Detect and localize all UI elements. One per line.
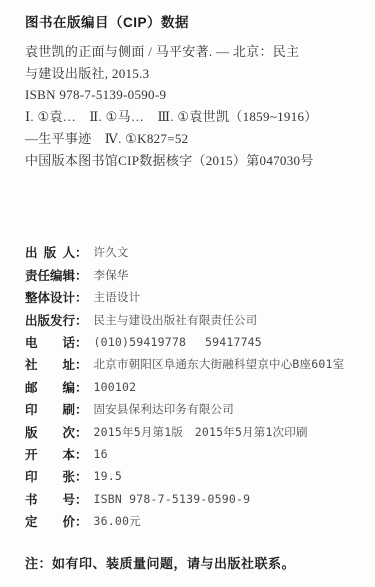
row-label: 社址 — [25, 355, 75, 373]
row-value: 北京市朝阳区阜通东大街融科望京中心B座601室 — [94, 356, 345, 372]
colophon-block: 出版人：许久文 责任编辑：李保华 整体设计：主语设计 出版发行：民主与建设出版社… — [25, 241, 359, 532]
row-label: 定价 — [25, 512, 75, 530]
colophon-row-isbn: 书号：ISBN 978-7-5139-0590-9 — [25, 488, 359, 510]
row-colon: ： — [75, 288, 88, 306]
colophon-row-publisher-person: 出版人：许久文 — [25, 241, 359, 263]
colophon-row-address: 社址：北京市朝阳区阜通东大街融科望京中心B座601室 — [25, 353, 359, 375]
row-value: 2015年5月第1版 2015年5月第1次印刷 — [94, 424, 308, 440]
row-value: 固安县保利达印务有限公司 — [94, 401, 234, 417]
row-label: 邮编 — [25, 378, 75, 396]
cip-line-publisher: 与建设出版社, 2015.3 — [25, 63, 359, 85]
row-value: 19.5 — [94, 469, 123, 483]
colophon-row-edition: 版次：2015年5月第1版 2015年5月第1次印刷 — [25, 420, 359, 442]
row-value: 许久文 — [94, 244, 129, 260]
colophon-row-publishing-house: 出版发行：民主与建设出版社有限责任公司 — [25, 308, 359, 330]
colophon-row-price: 定价：36.00元 — [25, 510, 359, 532]
colophon-row-format: 开本：16 — [25, 443, 359, 465]
row-value: 民主与建设出版社有限责任公司 — [94, 312, 258, 328]
row-value: 主语设计 — [94, 289, 141, 305]
row-colon: ： — [75, 400, 88, 418]
row-label: 版次 — [25, 423, 75, 441]
colophon-row-design: 整体设计：主语设计 — [25, 286, 359, 308]
row-value: 100102 — [94, 380, 137, 394]
row-colon: ： — [75, 243, 88, 261]
row-colon: ： — [75, 333, 88, 351]
row-value: ISBN 978-7-5139-0590-9 — [94, 492, 251, 506]
row-colon: ： — [75, 423, 88, 441]
row-colon: ： — [75, 378, 88, 396]
cip-block: 袁世凯的正面与侧面 / 马平安著. — 北京：民主 与建设出版社, 2015.3… — [25, 41, 359, 171]
row-label: 出版发行 — [25, 311, 75, 329]
colophon-row-sheets: 印张：19.5 — [25, 465, 359, 487]
row-value: (010)59419778 59417745 — [94, 334, 262, 350]
row-label: 责任编辑 — [25, 266, 75, 284]
cip-header: 图书在版编目（CIP）数据 — [25, 11, 359, 31]
colophon-row-postcode: 邮编：100102 — [25, 376, 359, 398]
row-colon: ： — [75, 490, 88, 508]
row-label: 印刷 — [25, 400, 75, 418]
cip-line-isbn: ISBN 978-7-5139-0590-9 — [25, 84, 359, 106]
row-colon: ： — [75, 266, 88, 284]
row-colon: ： — [75, 311, 88, 329]
row-label: 开本 — [25, 445, 75, 463]
row-colon: ： — [75, 355, 88, 373]
cip-line-classification-1: Ⅰ. ①袁… Ⅱ. ①马… Ⅲ. ①袁世凯（1859~1916） — [25, 106, 359, 128]
row-value: 36.00元 — [94, 513, 141, 529]
row-colon: ： — [75, 512, 88, 530]
row-label: 整体设计 — [25, 288, 75, 306]
row-label: 电话 — [25, 333, 75, 351]
colophon-row-printer: 印刷：固安县保利达印务有限公司 — [25, 398, 359, 420]
row-colon: ： — [75, 467, 88, 485]
row-label: 印张 — [25, 467, 75, 485]
cip-line-title: 袁世凯的正面与侧面 / 马平安著. — 北京：民主 — [25, 41, 359, 63]
row-colon: ： — [75, 445, 88, 463]
row-label: 书号 — [25, 490, 75, 508]
quality-note: 注：如有印、装质量问题，请与出版社联系。 — [25, 553, 359, 572]
colophon-row-phone: 电话：(010)59419778 59417745 — [25, 331, 359, 353]
book-copyright-page: 图书在版编目（CIP）数据 袁世凯的正面与侧面 / 马平安著. — 北京：民主 … — [0, 0, 375, 587]
cip-line-classification-2: —生平事迹 Ⅳ. ①K827=52 — [25, 128, 359, 150]
row-label: 出版人 — [25, 243, 75, 261]
cip-line-registry-number: 中国版本图书馆CIP数据核字（2015）第047030号 — [25, 150, 359, 172]
colophon-row-editor: 责任编辑：李保华 — [25, 264, 359, 286]
row-value: 李保华 — [94, 267, 129, 283]
row-value: 16 — [94, 447, 108, 461]
